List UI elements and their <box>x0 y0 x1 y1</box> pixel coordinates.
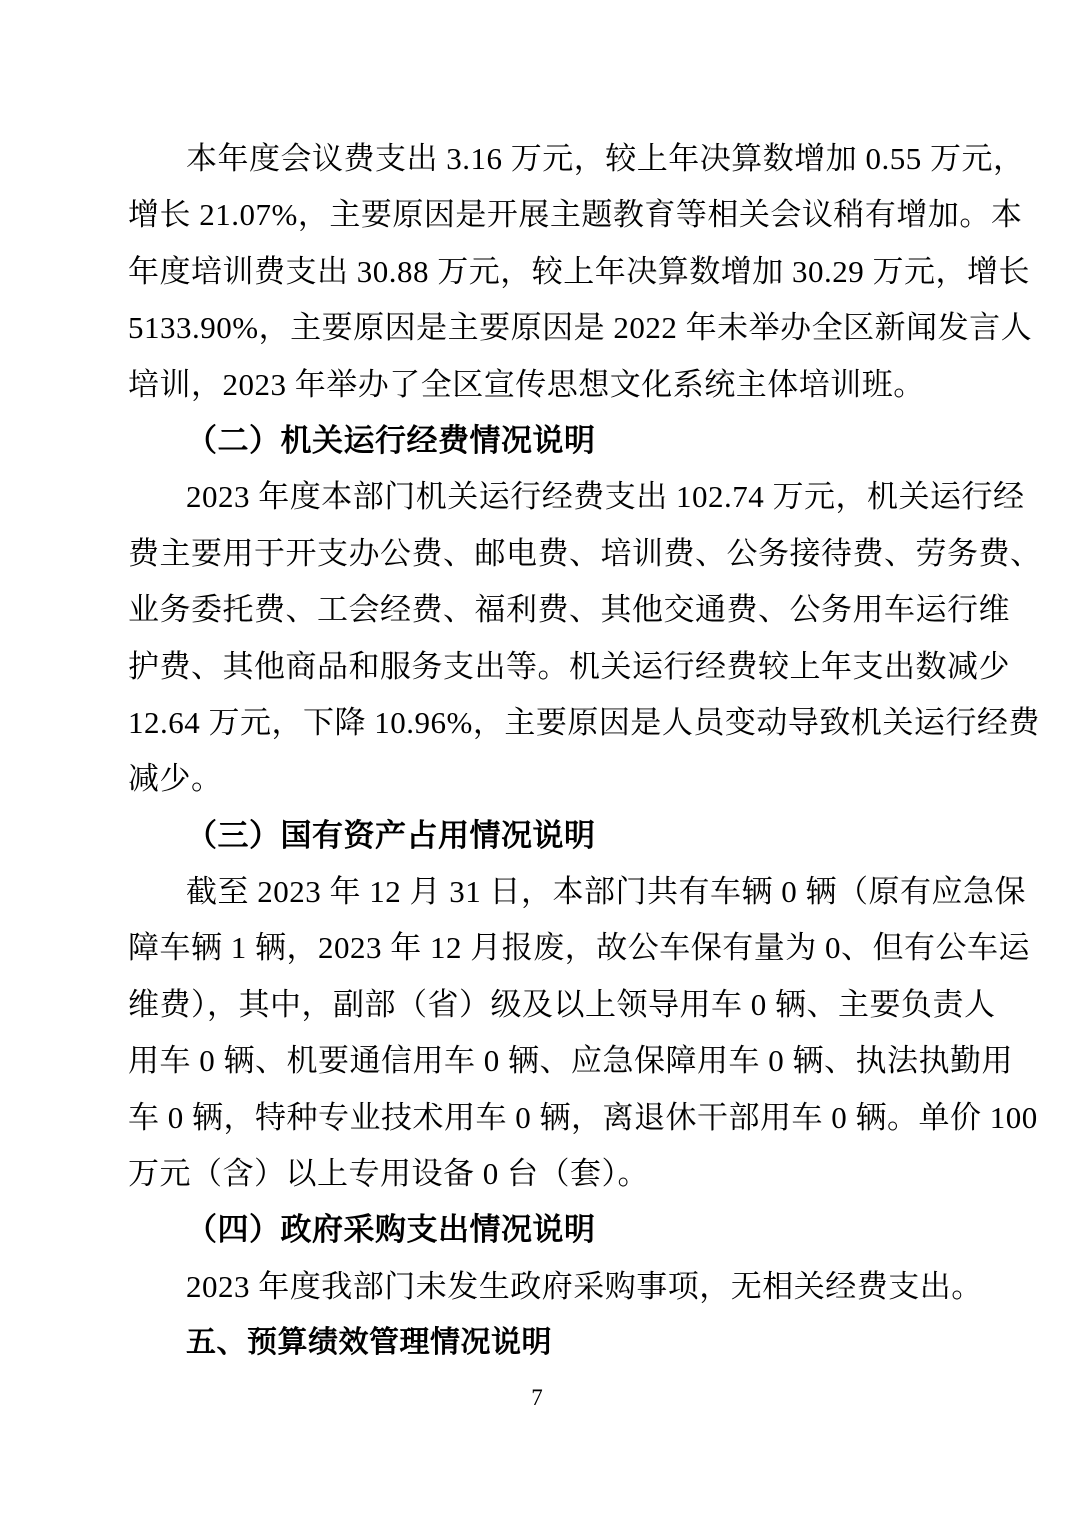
text-line: 培训，2023 年举办了全区宣传思想文化系统主体培训班。 <box>128 357 958 413</box>
text-line: 2023 年度我部门未发生政府采购事项，无相关经费支出。 <box>128 1259 958 1315</box>
text-line: 12.64 万元，下降 10.96%，主要原因是人员变动导致机关运行经费 <box>128 695 958 751</box>
text-line: 业务委托费、工会经费、福利费、其他交通费、公务用车运行维 <box>128 582 958 638</box>
text-line: 费主要用于开支办公费、邮电费、培训费、公务接待费、劳务费、 <box>128 526 958 582</box>
text-line: 2023 年度本部门机关运行经费支出 102.74 万元，机关运行经 <box>128 469 958 525</box>
heading-section-4-government-procurement: （四）政府采购支出情况说明 <box>128 1202 958 1258</box>
text-line: 截至 2023 年 12 月 31 日，本部门共有车辆 0 辆（原有应急保 <box>128 864 958 920</box>
text-line: 减少。 <box>128 751 958 807</box>
text-line: 车 0 辆，特种专业技术用车 0 辆，离退休干部用车 0 辆。单价 100 <box>128 1090 958 1146</box>
text-line: 5133.90%，主要原因是主要原因是 2022 年未举办全区新闻发言人 <box>128 300 958 356</box>
text-line: 用车 0 辆、机要通信用车 0 辆、应急保障用车 0 辆、执法执勤用 <box>128 1033 958 1089</box>
heading-section-5-budget-performance: 五、预算绩效管理情况说明 <box>128 1315 958 1371</box>
text-line: 本年度会议费支出 3.16 万元，较上年决算数增加 0.55 万元， <box>128 131 958 187</box>
text-line: 万元（含）以上专用设备 0 台（套）。 <box>128 1146 958 1202</box>
page-number: 7 <box>0 1385 1074 1411</box>
heading-section-3-state-owned-assets: （三）国有资产占用情况说明 <box>128 808 958 864</box>
document-page: 本年度会议费支出 3.16 万元，较上年决算数增加 0.55 万元， 增长 21… <box>0 0 1074 1520</box>
text-line: 年度培训费支出 30.88 万元，较上年决算数增加 30.29 万元，增长 <box>128 244 958 300</box>
text-line: 增长 21.07%，主要原因是开展主题教育等相关会议稍有增加。本 <box>128 187 958 243</box>
heading-section-2-agency-operating-expenses: （二）机关运行经费情况说明 <box>128 413 958 469</box>
text-line: 障车辆 1 辆，2023 年 12 月报废，故公车保有量为 0、但有公车运 <box>128 920 958 976</box>
document-body: 本年度会议费支出 3.16 万元，较上年决算数增加 0.55 万元， 增长 21… <box>128 131 958 1372</box>
text-line: 维费），其中，副部（省）级及以上领导用车 0 辆、主要负责人 <box>128 977 958 1033</box>
text-line: 护费、其他商品和服务支出等。机关运行经费较上年支出数减少 <box>128 639 958 695</box>
